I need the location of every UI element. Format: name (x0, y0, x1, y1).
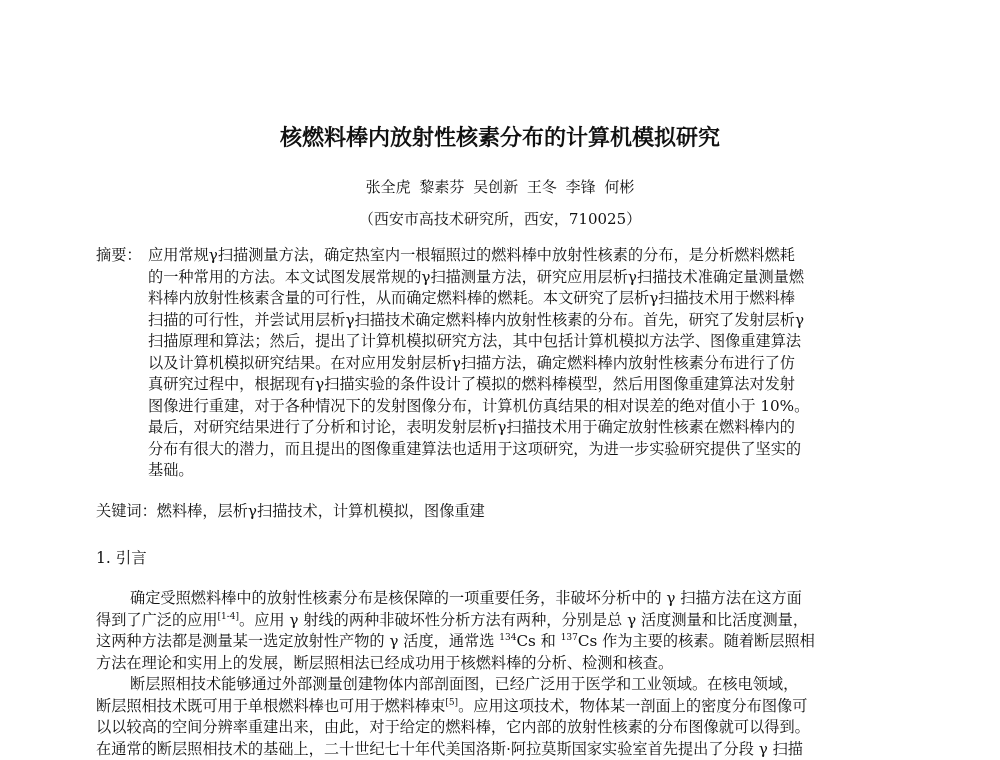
paper-authors: 张全虎 黎素芬 吴创新 王冬 李锋 何彬 (0, 176, 1000, 197)
section-heading-intro: 1. 引言 (96, 546, 147, 568)
isotope-mass: 134 (499, 633, 516, 643)
paper-affiliation: （西安市高技术研究所，西安，710025） (0, 208, 1000, 229)
abstract-line: 的一种常用的方法。本文试图发展常规的γ扫描测量方法，研究应用层析γ扫描技术准确定… (148, 267, 906, 289)
abstract-body: 应用常规γ扫描测量方法，确定热室内一根辐照过的燃料棒中放射性核素的分布，是分析燃… (148, 245, 906, 482)
paragraph-line: 在通常的断层照相技术的基础上，二十世纪七十年代美国洛斯·阿拉莫斯国家实验室首先提… (96, 739, 906, 760)
keywords-text: 燃料棒，层析γ扫描技术，计算机模拟，图像重建 (157, 502, 485, 520)
paragraph-line: 方法在理论和实用上的发展，断层照相法已经成功用于核燃料棒的分析、检测和核查。 (96, 653, 906, 675)
keywords: 关键词：燃料棒，层析γ扫描技术，计算机模拟，图像重建 (96, 500, 485, 521)
abstract-label: 摘要： (96, 245, 148, 267)
citation-ref: [5] (445, 698, 458, 708)
abstract-line: 基础。 (148, 460, 906, 482)
text-run: 得到了广泛的应用 (96, 611, 218, 629)
paragraph-line: 确定受照燃料棒中的放射性核素分布是核保障的一项重要任务，非破坏分析中的 γ 扫描… (96, 588, 906, 610)
paragraph-line: 以以较高的空间分辨率重建出来，由此，对于给定的燃料棒，它内部的放射性核素的分布图… (96, 717, 906, 739)
abstract-line: 以及计算机模拟研究结果。在对应用发射层析γ扫描方法，确定燃料棒内放射性核素分布进… (148, 353, 906, 375)
paper-title: 核燃料棒内放射性核素分布的计算机模拟研究 (0, 121, 1000, 152)
text-run: 断层照相技术既可用于单根燃料棒也可用于燃料棒束 (96, 697, 445, 715)
abstract-line: 扫描原理和算法；然后，提出了计算机模拟研究方法，其中包括计算机模拟方法学、图像重… (148, 331, 906, 353)
abstract-line: 图像进行重建，对于各种情况下的发射图像分布，计算机仿真结果的相对误差的绝对值小于… (148, 396, 906, 418)
citation-ref: [1-4] (218, 612, 240, 622)
abstract-line: 最后，对研究结果进行了分析和讨论，表明发射层析γ扫描技术用于确定放射性核素在燃料… (148, 417, 906, 439)
abstract-line: 扫描的可行性，并尝试用层析γ扫描技术确定燃料棒内放射性核素的分布。首先，研究了发… (148, 310, 906, 332)
paragraph-line: 断层照相技术能够通过外部测量创建物体内部剖面图，已经广泛用于医学和工业领域。在核… (96, 674, 906, 696)
paragraph-line: 得到了广泛的应用[1-4]。应用 γ 射线的两种非破坏性分析方法有两种，分别是总… (96, 610, 906, 632)
paragraph-line: 断层照相技术既可用于单根燃料棒也可用于燃料棒束[5]。应用这项技术，物体某一剖面… (96, 696, 906, 718)
abstract: 摘要： 应用常规γ扫描测量方法，确定热室内一根辐照过的燃料棒中放射性核素的分布，… (96, 245, 906, 482)
paper-page: 核燃料棒内放射性核素分布的计算机模拟研究 张全虎 黎素芬 吴创新 王冬 李锋 何… (0, 0, 1000, 760)
abstract-line: 真研究过程中，根据现有γ扫描实验的条件设计了模拟的燃料棒模型，然后用图像重建算法… (148, 374, 906, 396)
abstract-line: 应用常规γ扫描测量方法，确定热室内一根辐照过的燃料棒中放射性核素的分布，是分析燃… (148, 245, 906, 267)
abstract-line: 分布有很大的潜力，而且提出的图像重建算法也适用于这项研究，为进一步实验研究提供了… (148, 439, 906, 461)
text-run: 这两种方法都是测量某一选定放射性产物的 γ 活度，通常选 (96, 632, 499, 650)
paragraph-line: 这两种方法都是测量某一选定放射性产物的 γ 活度，通常选 134Cs 和 137… (96, 631, 906, 653)
isotope-mass: 137 (561, 633, 578, 643)
intro-body: 确定受照燃料棒中的放射性核素分布是核保障的一项重要任务，非破坏分析中的 γ 扫描… (96, 588, 906, 760)
text-run: Cs 作为主要的核素。随着断层照相 (578, 632, 815, 650)
text-run: Cs 和 (516, 632, 560, 650)
text-run: 。应用这项技术，物体某一剖面上的密度分布图像可 (458, 697, 807, 715)
abstract-line: 料棒内放射性核素含量的可行性，从而确定燃料棒的燃耗。本文研究了层析γ扫描技术用于… (148, 288, 906, 310)
keywords-label: 关键词： (96, 502, 157, 520)
text-run: 。应用 γ 射线的两种非破坏性分析方法有两种，分别是总 γ 活度测量和比活度测量… (239, 611, 808, 629)
